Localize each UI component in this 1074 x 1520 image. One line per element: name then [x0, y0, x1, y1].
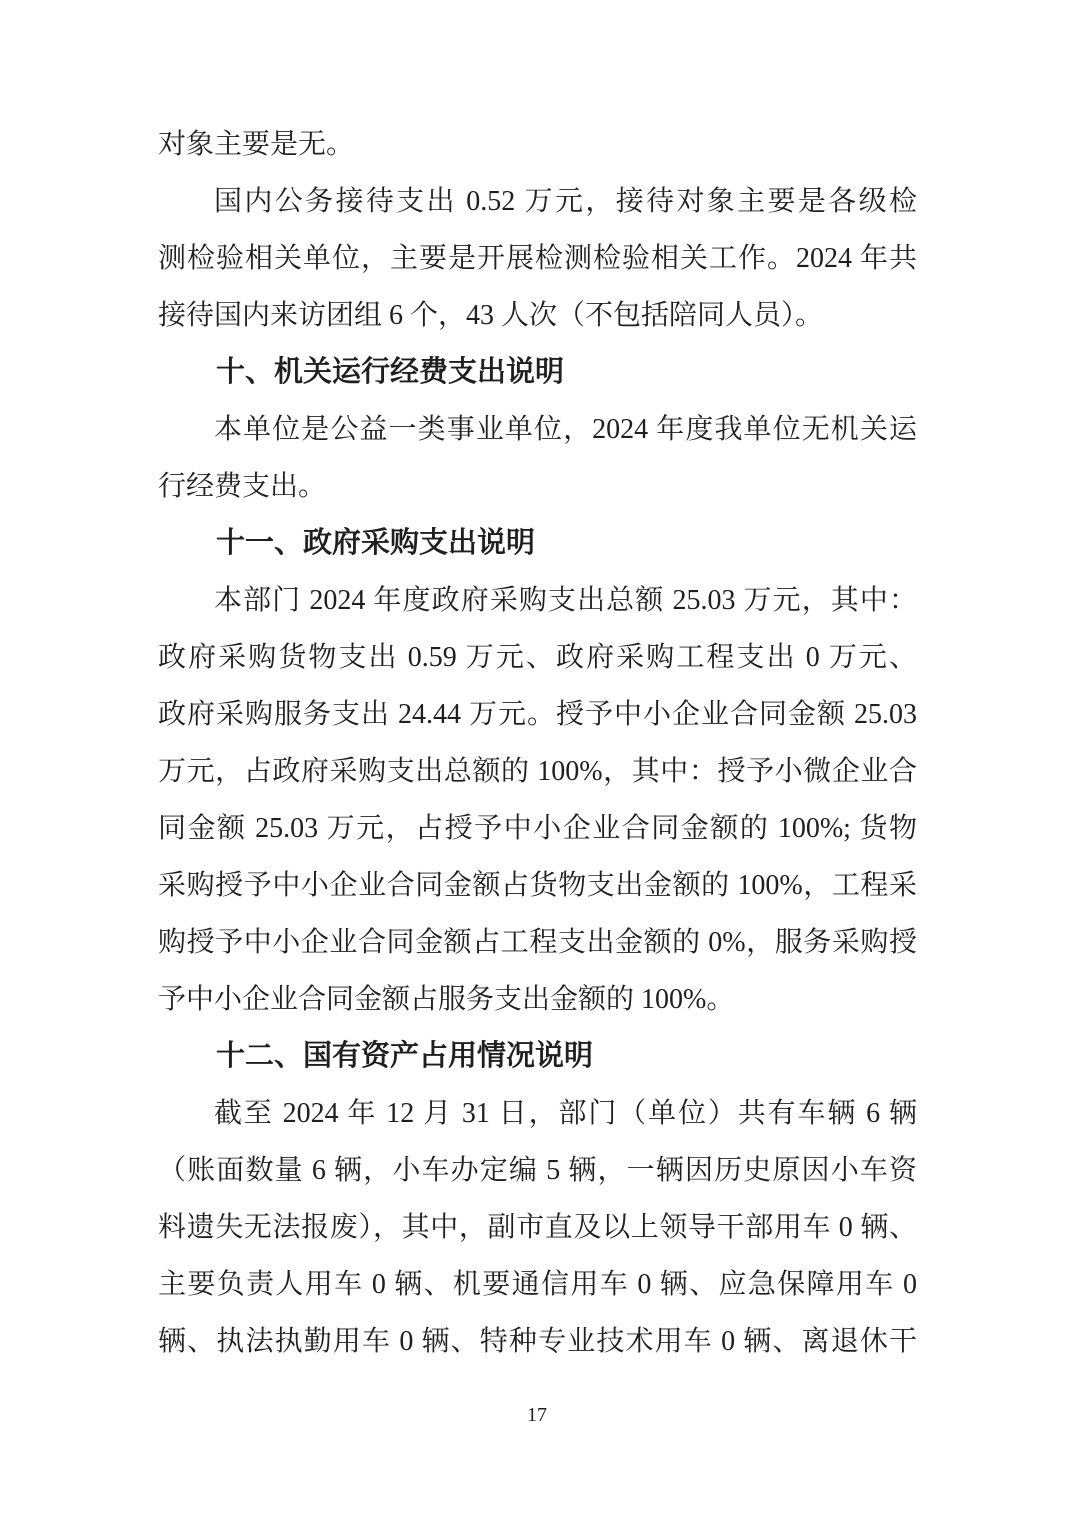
section-heading: 十、机关运行经费支出说明	[158, 344, 917, 401]
document-content: 对象主要是无。国内公务接待支出 0.52 万元，接待对象主要是各级检测检验相关单…	[158, 116, 917, 1370]
document-line: 截至 2024 年 12 月 31 日，部门（单位）共有车辆 6 辆	[158, 1085, 917, 1142]
document-line: 测检验相关单位，主要是开展检测检验相关工作。2024 年共	[158, 230, 917, 287]
document-line: 政府采购服务支出 24.44 万元。授予中小企业合同金额 25.03	[158, 686, 917, 743]
document-line: 予中小企业合同金额占服务支出金额的 100%。	[158, 971, 917, 1028]
page-number: 17	[0, 1402, 1074, 1428]
document-line: 辆、执法执勤用车 0 辆、特种专业技术用车 0 辆、离退休干	[158, 1313, 917, 1370]
document-line: 采购授予中小企业合同金额占货物支出金额的 100%，工程采	[158, 857, 917, 914]
document-line: 同金额 25.03 万元，占授予中小企业合同金额的 100%; 货物	[158, 800, 917, 857]
document-line: 行经费支出。	[158, 458, 917, 515]
document-line: 本单位是公益一类事业单位，2024 年度我单位无机关运	[158, 401, 917, 458]
section-heading: 十一、政府采购支出说明	[158, 515, 917, 572]
document-line: 接待国内来访团组 6 个，43 人次（不包括陪同人员）。	[158, 287, 917, 344]
document-line: 万元，占政府采购支出总额的 100%，其中：授予小微企业合	[158, 743, 917, 800]
document-line: 主要负责人用车 0 辆、机要通信用车 0 辆、应急保障用车 0	[158, 1256, 917, 1313]
document-line: （账面数量 6 辆，小车办定编 5 辆，一辆因历史原因小车资	[158, 1142, 917, 1199]
document-line: 对象主要是无。	[158, 116, 917, 173]
document-page: 对象主要是无。国内公务接待支出 0.52 万元，接待对象主要是各级检测检验相关单…	[0, 0, 1074, 1520]
document-line: 国内公务接待支出 0.52 万元，接待对象主要是各级检	[158, 173, 917, 230]
document-line: 政府采购货物支出 0.59 万元、政府采购工程支出 0 万元、	[158, 629, 917, 686]
section-heading: 十二、国有资产占用情况说明	[158, 1028, 917, 1085]
document-line: 料遗失无法报废），其中，副市直及以上领导干部用车 0 辆、	[158, 1199, 917, 1256]
document-line: 购授予中小企业合同金额占工程支出金额的 0%，服务采购授	[158, 914, 917, 971]
document-line: 本部门 2024 年度政府采购支出总额 25.03 万元，其中：	[158, 572, 917, 629]
